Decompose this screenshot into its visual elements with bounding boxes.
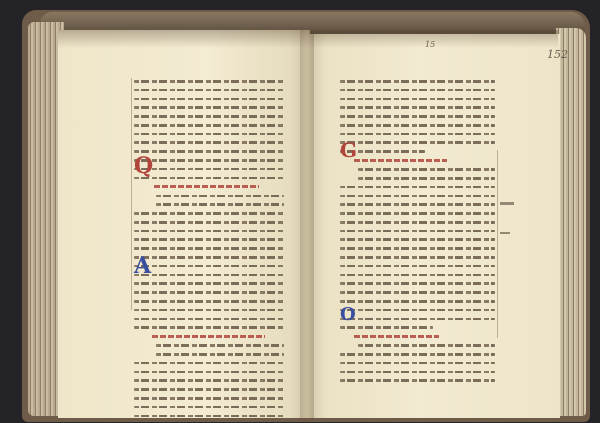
margin-pointing-hand	[500, 202, 514, 205]
blue-initial-a: A	[134, 255, 151, 277]
running-head: 15	[425, 40, 435, 49]
right-text-block	[340, 80, 495, 382]
page-top-shadow	[58, 30, 558, 48]
right-ruling	[497, 150, 498, 338]
red-initial-q: Q	[134, 155, 153, 177]
margin-mark	[500, 232, 510, 234]
book-gutter	[300, 30, 314, 420]
folio-number: 152	[547, 48, 568, 61]
right-page-stack	[556, 28, 586, 416]
left-text-block	[134, 80, 284, 417]
blue-initial-o: O	[340, 306, 356, 324]
red-initial-g: G	[340, 140, 357, 160]
left-ruling	[131, 78, 132, 310]
